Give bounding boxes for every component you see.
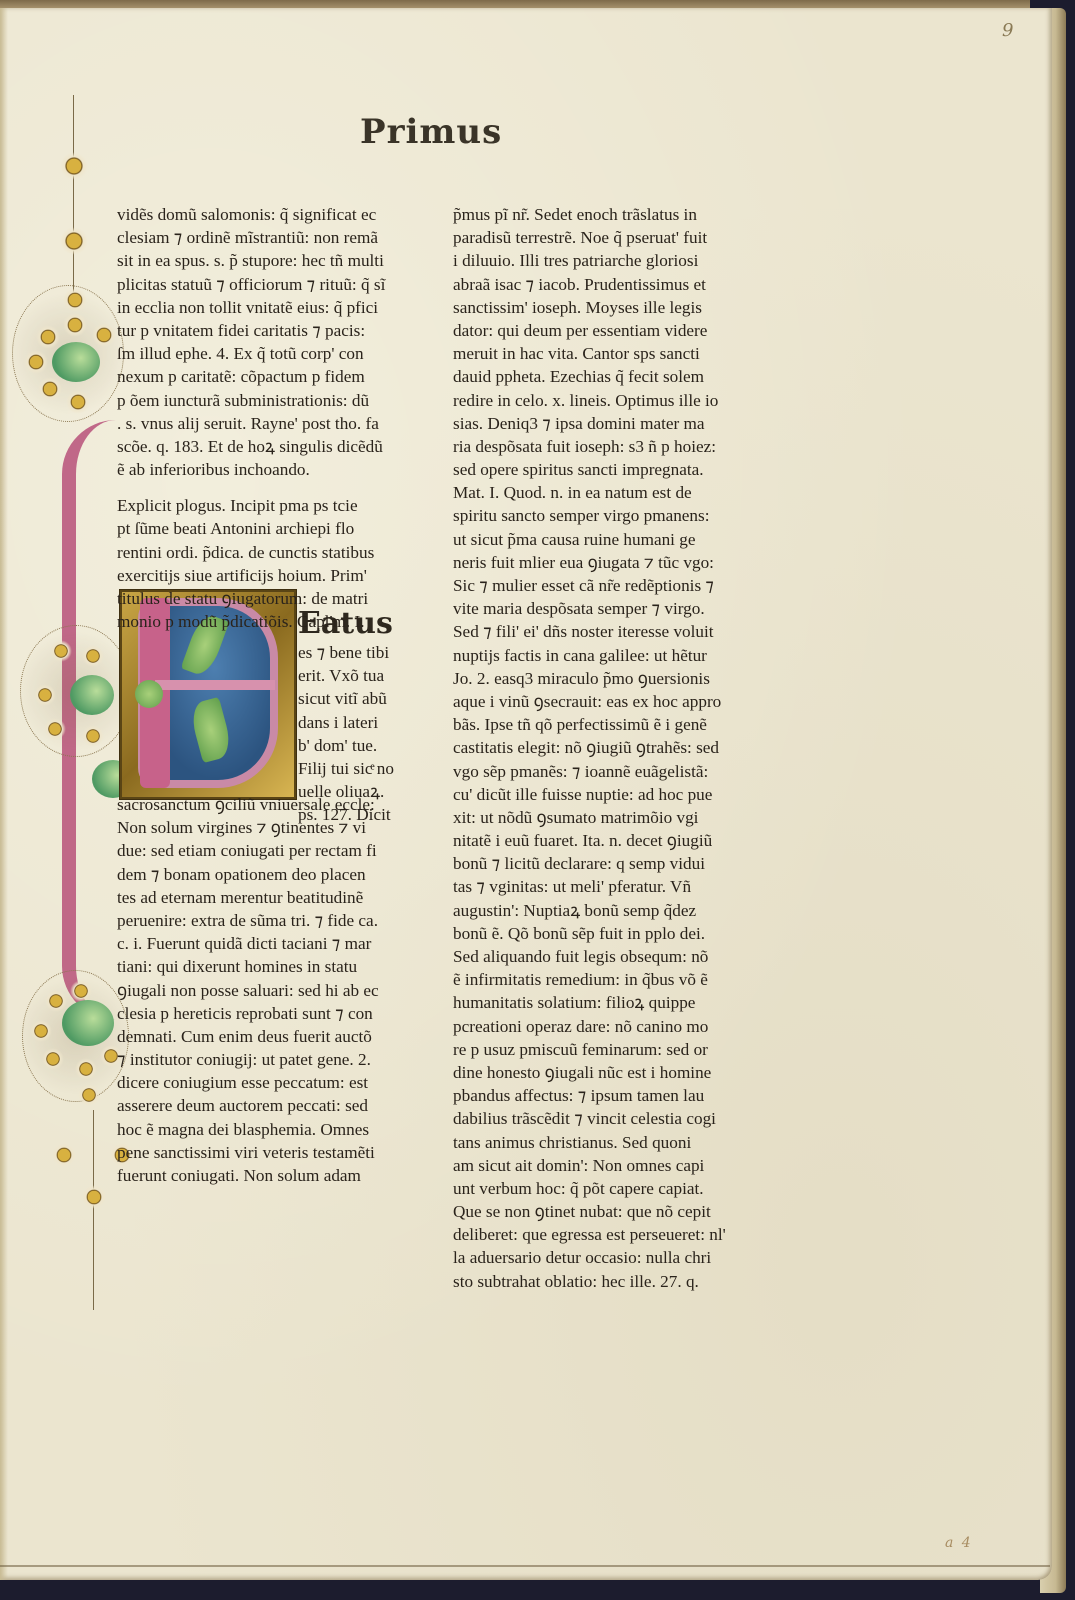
initial-crossbar-icon xyxy=(155,680,275,690)
gold-medallion-icon xyxy=(52,1143,76,1167)
text-line: Que se non ꝯtinet nubat: que nõ cepit xyxy=(453,1200,743,1223)
gold-medallion-icon xyxy=(24,350,48,374)
rubric-heading: Explicit plogus. Incipit pma ps tcie pt … xyxy=(117,494,407,633)
text-line: am sicut ait domin': Non omnes capi xyxy=(453,1154,743,1177)
text-line: dator: qui deum per essentiam videre xyxy=(453,319,743,342)
text-line: monio p modũ p̃dicatiõis. Capl'm. I. xyxy=(117,610,407,633)
text-line: Sed aliquando fuit legis obsequm: nõ xyxy=(453,945,743,968)
text-line: xit: ut nõdũ ꝯsumato matrimõio vgi xyxy=(453,806,743,829)
gold-medallion-icon xyxy=(45,990,67,1012)
text-line: castitatis elegit: nõ ꝯiugiũ ꝯtrahẽs: se… xyxy=(453,736,743,759)
green-bud-icon xyxy=(135,680,163,708)
gold-medallion-icon xyxy=(36,325,60,349)
text-line: sicut vitĩ abũ xyxy=(298,687,394,710)
gold-medallion-icon xyxy=(34,684,56,706)
gold-medallion-icon xyxy=(38,377,62,401)
text-line: sto subtrahat oblatio: hec ille. 27. q. xyxy=(453,1270,743,1293)
gold-medallion-icon xyxy=(60,227,88,255)
text-line: c. i. Fuerunt quidã dicti taciani ⁊ mar xyxy=(117,932,379,955)
text-line: cu' dicũt ille fuisse nuptie: ad hoc pue xyxy=(453,783,743,806)
folio-number: 9 xyxy=(1002,20,1013,41)
text-line: bonũ ẽ. Qõ bonũ sẽp fuit in pplo dei. xyxy=(453,922,743,945)
text-line: pbandus affectus: ⁊ ipsum tamen lau xyxy=(453,1084,743,1107)
gold-medallion-icon xyxy=(82,725,104,747)
green-acanthus-swirl-icon xyxy=(70,675,114,715)
gold-medallion-icon xyxy=(82,1185,106,1209)
left-text-column: vidẽs domũ salomonis: q̃ significat ec c… xyxy=(117,203,407,633)
right-text-column: p̃mus pĩ nr̃. Sedet enoch trãslatus in p… xyxy=(453,203,743,1293)
text-line: augustin': Nuptiaꝝ bonũ semp q̃dez xyxy=(453,899,743,922)
text-line: Non solum virgines ⁊ ꝯtinentes ⁊ vi xyxy=(117,816,379,839)
text-line: spiritu sancto semper virgo pmanens: xyxy=(453,504,743,527)
page-bottom-edge xyxy=(0,1565,1050,1567)
text-line: bonũ ⁊ licitũ declarare: q semp vidui xyxy=(453,852,743,875)
text-line: Sic ⁊ mulier esset cã nr̃e redẽptionis ⁊ xyxy=(453,574,743,597)
text-line: tas ⁊ vginitas: ut meli' pferatur. Vñ xyxy=(453,875,743,898)
gold-medallion-icon xyxy=(82,645,104,667)
vine-stem-icon xyxy=(73,95,74,305)
text-line: Explicit plogus. Incipit pma ps tcie xyxy=(117,494,407,517)
running-head: Primus xyxy=(360,112,502,152)
text-line: sacrosanctum ꝯciliũ vniuersale eccle: xyxy=(117,793,379,816)
text-line: dabilius trãscẽdit ⁊ vincit celestia cog… xyxy=(453,1107,743,1130)
text-line: Filij tui sicͤ no xyxy=(298,757,394,780)
text-line: i diluuio. Illi tres patriarche gloriosi xyxy=(453,249,743,272)
text-line: sias. Deniq3 ⁊ ipsa domini mater ma xyxy=(453,412,743,435)
text-line: tur p vnitatem fidei caritatis ⁊ pacis: xyxy=(117,319,407,342)
text-line: vgo sẽp pmanẽs: ⁊ ioannẽ euãgelistã: xyxy=(453,760,743,783)
gold-medallion-icon xyxy=(63,288,87,312)
text-line: sed opere spiritus sancti impregnata. xyxy=(453,458,743,481)
gold-medallion-icon xyxy=(92,323,116,347)
gold-medallion-icon xyxy=(42,1048,64,1070)
gold-medallion-icon xyxy=(70,980,92,1002)
gold-medallion-icon xyxy=(63,313,87,337)
text-line: unt verbum hoc: q̃ põt capere capiat. xyxy=(453,1177,743,1200)
text-line: in ecclia non tollit vnitatẽ eius: q̃ pf… xyxy=(117,296,407,319)
text-line: ut sicut p̃ma causa ruine humani ge xyxy=(453,528,743,551)
text-line: ẽ ab inferioribus inchoando. xyxy=(117,458,407,481)
text-line: dicere coniugium esse peccatum: est xyxy=(117,1071,379,1094)
text-line: redire in celo. x. lineis. Optimus ille … xyxy=(453,389,743,412)
text-line: tans animus christianus. Sed quoni xyxy=(453,1131,743,1154)
text-line: scõe. q. 183. Et de hoꝝ singulis dicẽdũ xyxy=(117,435,407,458)
text-line: bãs. Ipse tñ qõ perfectissimũ ẽ i genẽ xyxy=(453,713,743,736)
gold-medallion-icon xyxy=(78,1084,100,1106)
text-line: es ⁊ bene tibi xyxy=(298,641,394,664)
text-line: ria despõsata fuit ioseph: s3 ñ p hoiez: xyxy=(453,435,743,458)
text-line: nuptijs factis in cana galilee: ut hẽtur xyxy=(453,644,743,667)
text-line: hoc ẽ magna dei blasphemia. Omnes xyxy=(117,1118,379,1141)
text-line: paradisũ terrestrẽ. Noe q̃ pseruat' fuit xyxy=(453,226,743,249)
text-line: erit. Vxõ tua xyxy=(298,664,394,687)
green-acanthus-swirl-icon xyxy=(52,342,100,382)
text-line: . s. vnus alij seruit. Rayne' post tho. … xyxy=(117,412,407,435)
text-line: re p usuz pmiscuũ feminarum: sed or xyxy=(453,1038,743,1061)
text-line: rentini ordi. p̃dica. de cunctis statibu… xyxy=(117,541,407,564)
text-line: nexum p caritatẽ: cõpactum p fidem xyxy=(117,365,407,388)
text-line: asserere deum auctorem peccati: sed xyxy=(117,1094,379,1117)
left-text-column-continued: sacrosanctum ꝯciliũ vniuersale eccle: No… xyxy=(117,793,379,1187)
text-line: pt ſũme beati Antonini archiepi flo xyxy=(117,517,407,540)
text-line: la aduersario detur occasio: nulla chri xyxy=(453,1246,743,1269)
text-line: plicitas statuũ ⁊ officiorum ⁊ rituũ: q̃… xyxy=(117,273,407,296)
text-line: aque i vinũ ꝯsecrauit: eas ex hoc appro xyxy=(453,690,743,713)
text-line: meruit in hac vita. Cantor sps sancti xyxy=(453,342,743,365)
text-line: clesiam ⁊ ordinẽ mĩstrantiũ: non remã xyxy=(117,226,407,249)
text-line: vidẽs domũ salomonis: q̃ significat ec xyxy=(117,203,407,226)
text-line: p̃mus pĩ nr̃. Sedet enoch trãslatus in xyxy=(453,203,743,226)
text-line: dem ⁊ bonam opationem deo placen xyxy=(117,863,379,886)
text-line: dine honesto ꝯiugali nũc est i homine xyxy=(453,1061,743,1084)
text-line: fuerunt coniugati. Non solum adam xyxy=(117,1164,379,1187)
text-line: neris fuit mlier eua ꝯiugata ⁊ tũc vgo: xyxy=(453,551,743,574)
text-line: demnati. Cum enim deus fuerit auctõ xyxy=(117,1025,379,1048)
signature-mark: a 4 xyxy=(945,1535,973,1551)
text-line: titulus de statu ꝯiugatorum: de matri xyxy=(117,587,407,610)
gold-medallion-icon xyxy=(44,718,66,740)
text-line: abraã isac ⁊ iacob. Prudentissimus et xyxy=(453,273,743,296)
gold-medallion-icon xyxy=(75,1058,97,1080)
text-line: ſm illud ephe. 4. Ex q̃ totũ corp' con xyxy=(117,342,407,365)
gold-medallion-icon xyxy=(30,1020,52,1042)
text-line: ẽ infirmitatis remedium: in q̃bus võ ẽ xyxy=(453,968,743,991)
text-line: exercitijs siue artificijs hoium. Prim' xyxy=(117,564,407,587)
text-line: clesia p hereticis reprobati sunt ⁊ con xyxy=(117,1002,379,1025)
gold-medallion-icon xyxy=(60,152,88,180)
text-line: Sed ⁊ fili' ei' dñs noster iteresse volu… xyxy=(453,620,743,643)
text-line: tes ad eternam merentur beatitudinẽ xyxy=(117,886,379,909)
text-line: deliberet: que egressa est perseueret: n… xyxy=(453,1223,743,1246)
text-line: Jo. 2. easq3 miraculo p̃mo ꝯuersionis xyxy=(453,667,743,690)
text-line: due: sed etiam coniugati per rectam fi xyxy=(117,839,379,862)
text-line: sit in ea spus. s. p̃ stupore: hec tñ mu… xyxy=(117,249,407,272)
green-acanthus-swirl-icon xyxy=(62,1000,114,1046)
text-line: b' dom' tue. xyxy=(298,734,394,757)
text-line: tiani: qui dixerunt homines in statu xyxy=(117,955,379,978)
text-line: dauid ppheta. Ezechias q̃ fecit solem xyxy=(453,365,743,388)
text-line: sanctissim' ioseph. Moyses ille legis xyxy=(453,296,743,319)
text-line: dans i lateri xyxy=(298,711,394,734)
text-line: pcreationi operaz dare: nõ canino mo xyxy=(453,1015,743,1038)
text-line: Mat. I. Quod. n. in ea natum est de xyxy=(453,481,743,504)
text-line: p õem iuncturã subministrationis: dũ xyxy=(117,389,407,412)
text-line: ꝯiugali non posse saluari: sed hi ab ec xyxy=(117,979,379,1002)
gold-medallion-icon xyxy=(66,390,90,414)
text-line: pene sanctissimi viri veteris testamẽti xyxy=(117,1141,379,1164)
text-line: ⁊ institutor coniugij: ut patet gene. 2. xyxy=(117,1048,379,1071)
vine-stem-icon xyxy=(93,1110,94,1310)
gold-medallion-icon xyxy=(50,640,72,662)
text-line: peruenire: extra de sũma tri. ⁊ fide ca. xyxy=(117,909,379,932)
text-line: humanitatis solatium: filioꝝ quippe xyxy=(453,991,743,1014)
gutter-shadow xyxy=(0,8,8,1580)
text-line: nitatẽ i euũ fuaret. Ita. n. decet ꝯiugi… xyxy=(453,829,743,852)
text-line: vite maria despõsata semper ⁊ virgo. xyxy=(453,597,743,620)
